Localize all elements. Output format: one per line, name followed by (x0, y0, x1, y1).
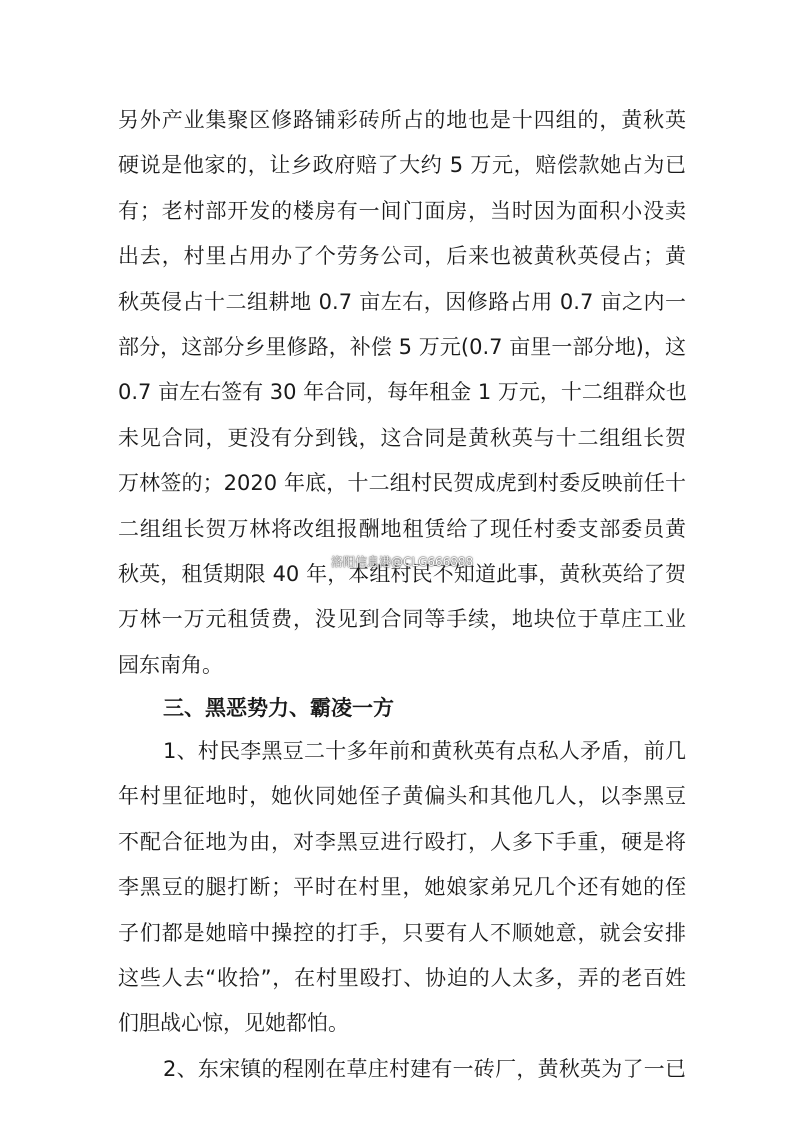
text-line: 万林签的；2020 年底，十二组村民贺成虎到村委反映前任十 (118, 461, 686, 506)
text-line: 部分，这部分乡里修路，补偿 5 万元(0.7 亩里一部分地)，这 (118, 325, 686, 370)
text-line: 这些人去“收拾”，在村里殴打、协迫的人太多，弄的老百姓 (118, 956, 686, 1001)
text-line: 万林一万元租赁费，没见到合同等手续，地块位于草庄工业 (118, 597, 686, 642)
text-line: 未见合同，更没有分到钱，这合同是黄秋英与十二组组长贺 (118, 416, 686, 461)
paragraph-item-1: 1、村民李黑豆二十多年前和黄秋英有点私人矛盾，前几 年村里征地时，她伙同她侄子黄… (118, 729, 686, 1047)
text-line: 秋英侵占十二组耕地 0.7 亩左右，因修路占用 0.7 亩之内一 (118, 280, 686, 325)
paragraph-land-occupation: 另外产业集聚区修路铺彩砖所占的地也是十四组的，黄秋英 硬说是他家的，让乡政府赔了… (118, 98, 686, 688)
text-line: 0.7 亩左右签有 30 年合同，每年租金 1 万元，十二组群众也 (118, 370, 686, 415)
section-heading: 三、黑恶势力、霸凌一方 (118, 688, 686, 729)
text-line: 另外产业集聚区修路铺彩砖所占的地也是十四组的，黄秋英 (118, 98, 686, 143)
text-line: 出去，村里占用办了个劳务公司，后来也被黄秋英侵占；黄 (118, 234, 686, 279)
text-line: 们胆战心惊，见她都怕。 (118, 1001, 686, 1046)
text-line: 园东南角。 (118, 643, 686, 688)
text-line: 2、东宋镇的程刚在草庄村建有一砖厂，黄秋英为了一已 (118, 1047, 686, 1092)
document-page: 另外产业集聚区修路铺彩砖所占的地也是十四组的，黄秋英 硬说是他家的，让乡政府赔了… (118, 98, 686, 1092)
text-line: 硬说是他家的，让乡政府赔了大约 5 万元，赔偿款她占为已 (118, 143, 686, 188)
text-line: 有；老村部开发的楼房有一间门面房，当时因为面积小没卖 (118, 189, 686, 234)
text-line: 不配合征地为由，对李黑豆进行殴打，人多下手重，硬是将 (118, 820, 686, 865)
text-line: 李黑豆的腿打断；平时在村里，她娘家弟兄几个还有她的侄 (118, 865, 686, 910)
text-line: 年村里征地时，她伙同她侄子黄偏头和其他几人，以李黑豆 (118, 774, 686, 819)
text-line: 子们都是她暗中操控的打手，只要有人不顺她意，就会安排 (118, 911, 686, 956)
text-line: 二组组长贺万林将改组报酬地租赁给了现任村委支部委员黄 (118, 507, 686, 552)
watermark: 洛阳信息港@CLG666888 (331, 553, 473, 570)
paragraph-item-2: 2、东宋镇的程刚在草庄村建有一砖厂，黄秋英为了一已 (118, 1047, 686, 1092)
text-line: 1、村民李黑豆二十多年前和黄秋英有点私人矛盾，前几 (118, 729, 686, 774)
